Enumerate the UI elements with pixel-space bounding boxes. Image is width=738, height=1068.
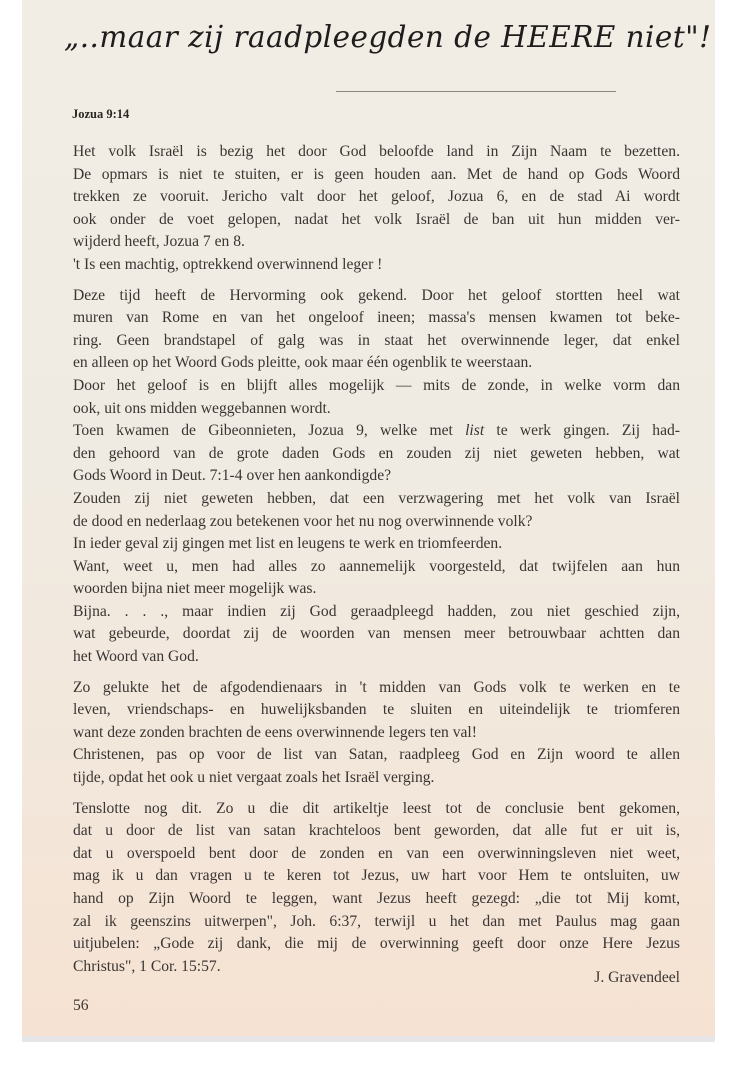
text-line: hand op Zijn Woord te leggen, want Jezus… (73, 888, 680, 911)
text-line: wat gebeurde, doordat zij de woorden van… (73, 623, 680, 646)
italic-word: list (465, 422, 484, 439)
text-line: Christus", 1 Cor. 15:57. (73, 956, 680, 979)
paragraph-1: Het volk Israël is bezig het door God be… (73, 141, 680, 277)
article-title: „..maar zij raadpleegden de HEERE niet"! (64, 20, 691, 80)
text-line: Tenslotte nog dit. Zo u die dit artikelt… (73, 798, 680, 821)
text-line: den gehoord van de grote daden Gods en z… (73, 443, 680, 466)
text-line: mag ik u dan vragen u te keren tot Jezus… (73, 865, 680, 888)
text-line: 't Is een machtig, optrekkend overwinnen… (73, 254, 680, 277)
text-line: In ieder geval zij gingen met list en le… (73, 533, 680, 556)
paragraph-2: Deze tijd heeft de Hervorming ook gekend… (73, 285, 680, 669)
text-line: De opmars is niet te stuiten, er is geen… (73, 164, 680, 187)
paragraph-4: Tenslotte nog dit. Zo u die dit artikelt… (73, 798, 680, 979)
text-line: Want, weet u, men had alles zo aannemeli… (73, 556, 680, 579)
text-line: en alleen op het Woord Gods pleitte, ook… (73, 352, 680, 375)
text-line: Zouden zij niet geweten hebben, dat een … (73, 488, 680, 511)
page-edge (22, 1036, 715, 1042)
text-line: Door het geloof is en blijft alles mogel… (73, 375, 680, 398)
text-line: ring. Geen brandstapel of galg was in st… (73, 330, 680, 353)
text-line: Zo gelukte het de afgodendienaars in 't … (73, 677, 680, 700)
text-line: muren van Rome en van het ongeloof ineen… (73, 307, 680, 330)
text-line: uitjubelen: „Gode zij dank, die mij de o… (73, 933, 680, 956)
text-line: woorden bijna niet meer mogelijk was. (73, 578, 680, 601)
text-line: Het volk Israël is bezig het door God be… (73, 141, 680, 164)
page-number: 56 (73, 997, 89, 1015)
author-signature: J. Gravendeel (594, 969, 680, 987)
text-line: dat u door de list van satan krachteloos… (73, 820, 680, 843)
text-line: leven, vriendschaps- en huwelijksbanden … (73, 699, 680, 722)
text-line: de dood en nederlaag zou betekenen voor … (73, 511, 680, 534)
text-line: trekken ze vooruit. Jericho valt door he… (73, 186, 680, 209)
text-segment: Toen kwamen de Gibeonnieten, Jozua 9, we… (73, 422, 453, 439)
text-line: dat u overspoeld bent door de zonden en … (73, 843, 680, 866)
text-line: ook, uit ons midden weggebannen wordt. (73, 398, 680, 421)
text-line-with-italic: Toen kwamen de Gibeonnieten, Jozua 9, we… (73, 420, 680, 443)
text-line: tijde, opdat het ook u niet vergaat zoal… (73, 767, 680, 790)
text-line: want deze zonden brachten de eens overwi… (73, 722, 680, 745)
text-line: het Woord van God. (73, 646, 680, 669)
text-line: wijderd heeft, Jozua 7 en 8. (73, 231, 680, 254)
text-segment: te werk gingen. Zij had- (484, 422, 680, 439)
article-body: Het volk Israël is bezig het door God be… (73, 141, 680, 978)
text-line: Gods Woord in Deut. 7:1-4 over hen aanko… (73, 465, 680, 488)
text-line: zal ik geenszins uitwerpen", Joh. 6:37, … (73, 911, 680, 934)
title-underline-rule (336, 91, 616, 92)
text-line: ook onder de voet gelopen, nadat het vol… (73, 209, 680, 232)
text-line: Christenen, pas op voor de list van Sata… (73, 744, 680, 767)
text-line: Bijna. . . ., maar indien zij God geraad… (73, 601, 680, 624)
scripture-reference: Jozua 9:14 (72, 107, 129, 122)
paragraph-3: Zo gelukte het de afgodendienaars in 't … (73, 677, 680, 790)
text-line: Deze tijd heeft de Hervorming ook gekend… (73, 285, 680, 308)
